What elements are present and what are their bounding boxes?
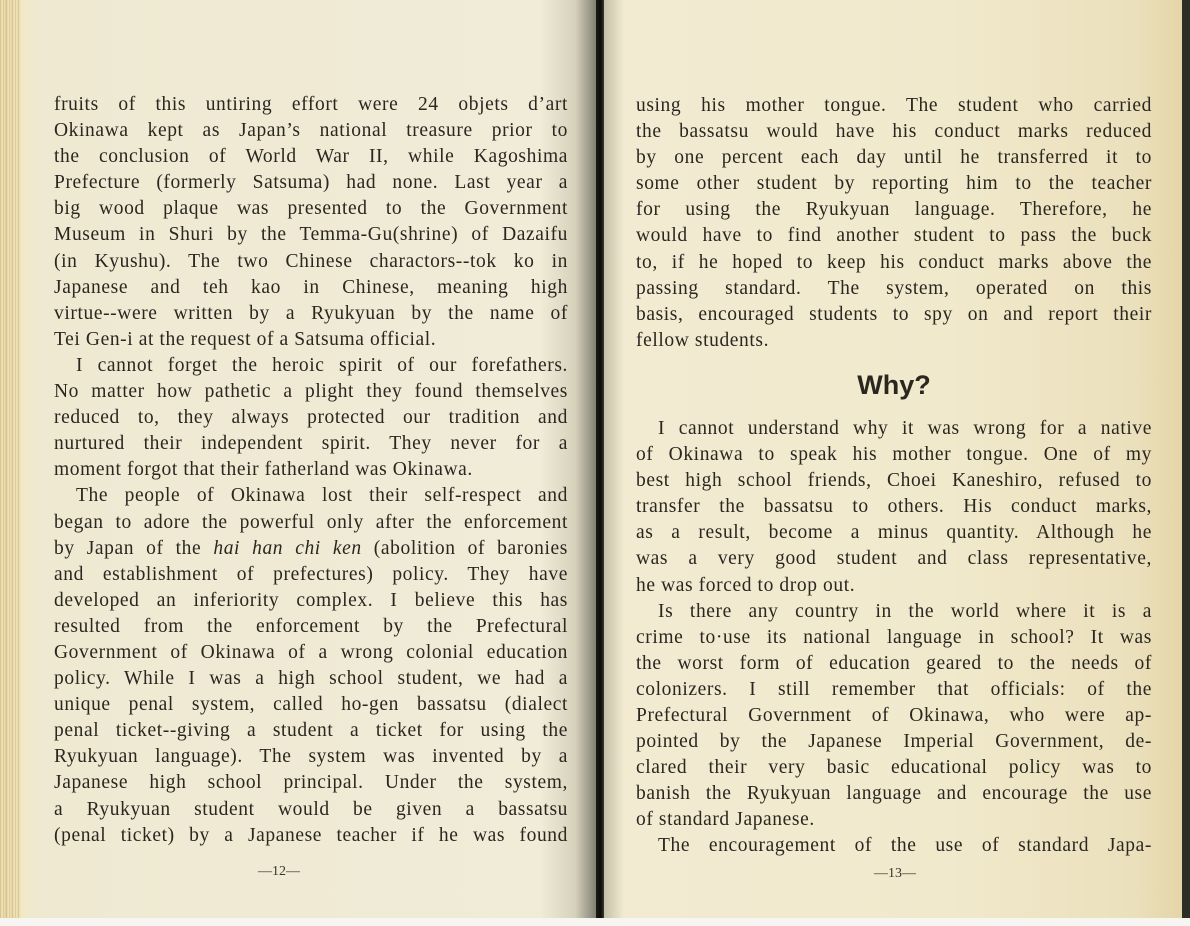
text-line: Museum in Shuri by the Temma-Gu(shrine) … (54, 222, 568, 248)
text-line: the worst form of education geared to th… (636, 651, 1152, 677)
text-line: transfer the bassatsu to others. His con… (636, 494, 1152, 520)
text-line: basis, encouraged students to spy on and… (636, 302, 1152, 328)
text-line: Okinawa kept as Japan’s national treasur… (54, 118, 568, 144)
text-line: banish the Ryukyuan language and encoura… (636, 781, 1152, 807)
text-line: Prefectural Government of Okinawa, who w… (636, 703, 1152, 729)
text-line: The encouragement of the use of standard… (636, 833, 1152, 859)
text-line: (penal ticket) by a Japanese teacher if … (54, 823, 568, 849)
book-spread: fruits of this untiring effort were 24 o… (0, 0, 1190, 918)
text-line: colonizers. I still remember that offici… (636, 677, 1152, 703)
text-line: reduced to, they always protected our tr… (54, 405, 568, 431)
page-edge-stack (0, 0, 20, 918)
text-run: (abolition of baronies (362, 538, 568, 559)
text-line: the bassatsu would have his conduct mark… (636, 119, 1152, 145)
text-line: the conclusion of World War II, while Ka… (54, 144, 568, 170)
text-line: Japanese high school principal. Under th… (54, 770, 568, 796)
text-line: passing standard. The system, operated o… (636, 276, 1152, 302)
text-line: big wood plaque was presented to the Gov… (54, 196, 568, 222)
text-line: a Ryukyuan student would be given a bass… (54, 797, 568, 823)
text-line: Prefecture (formerly Satsuma) had none. … (54, 170, 568, 196)
text-line: Is there any country in the world where … (636, 599, 1152, 625)
left-page-body-text: fruits of this untiring effort were 24 o… (54, 92, 568, 849)
text-line: crime to·use its national language in sc… (636, 625, 1152, 651)
text-line: nurtured their independent spirit. They … (54, 431, 568, 457)
paragraph-group-before-heading: using his mother tongue. The student who… (636, 93, 1152, 354)
text-line: of standard Japanese. (636, 807, 1152, 833)
text-line: using his mother tongue. The student who… (636, 93, 1152, 119)
text-line: was a very good student and class repres… (636, 546, 1152, 572)
text-line: (in Kyushu). The two Chinese charactors-… (54, 249, 568, 275)
text-line: he was forced to drop out. (636, 573, 1152, 599)
scan-bottom-margin (0, 918, 1190, 926)
text-line: fruits of this untiring effort were 24 o… (54, 92, 568, 118)
text-line: I cannot forget the heroic spirit of our… (54, 353, 568, 379)
book-gutter (596, 0, 604, 918)
text-line: policy. While I was a high school studen… (54, 666, 568, 692)
text-line: The people of Okinawa lost their self-re… (54, 483, 568, 509)
left-page-number: —12— (258, 864, 300, 880)
text-line: developed an inferiority complex. I beli… (54, 588, 568, 614)
right-page-body-text: using his mother tongue. The student who… (636, 93, 1152, 860)
text-line: No matter how pathetic a plight they fou… (54, 379, 568, 405)
text-line: of Okinawa to speak his mother tongue. O… (636, 442, 1152, 468)
text-line: by Japan of the hai han chi ken (aboliti… (54, 536, 568, 562)
text-line: fellow students. (636, 328, 1152, 354)
text-line: unique penal system, called ho-gen bassa… (54, 692, 568, 718)
text-line: Japanese and teh kao in Chinese, meaning… (54, 275, 568, 301)
text-line: Ryukyuan language). The system was inven… (54, 744, 568, 770)
text-line: resulted from the enforcement by the Pre… (54, 614, 568, 640)
text-line: to, if he hoped to keep his conduct mark… (636, 250, 1152, 276)
text-line: clared their very basic educational poli… (636, 755, 1152, 781)
text-line: and establishment of prefectures) policy… (54, 562, 568, 588)
text-line: penal ticket--giving a student a ticket … (54, 718, 568, 744)
italic-term: hai han chi ken (213, 538, 361, 559)
text-line: as a result, become a minus quantity. Al… (636, 520, 1152, 546)
paragraph-group-after-heading: I cannot understand why it was wrong for… (636, 416, 1152, 860)
text-line: began to adore the powerful only after t… (54, 510, 568, 536)
text-line: virtue--were written by a Ryukyuan by th… (54, 301, 568, 327)
text-line: would have to find another student to pa… (636, 223, 1152, 249)
text-line: Government of Okinawa of a wrong colonia… (54, 640, 568, 666)
text-line: I cannot understand why it was wrong for… (636, 416, 1152, 442)
text-line: pointed by the Japanese Imperial Governm… (636, 729, 1152, 755)
right-page: using his mother tongue. The student who… (604, 0, 1182, 918)
text-run: by Japan of the (54, 538, 213, 559)
text-line: Tei Gen-i at the request of a Satsuma of… (54, 327, 568, 353)
text-line: moment forgot that their fatherland was … (54, 457, 568, 483)
text-line: best high school friends, Choei Kaneshir… (636, 468, 1152, 494)
left-page: fruits of this untiring effort were 24 o… (0, 0, 596, 918)
text-line: some other student by reporting him to t… (636, 171, 1152, 197)
section-heading: Why? (636, 368, 1152, 402)
right-page-number: —13— (874, 866, 916, 882)
text-line: by one percent each day until he transfe… (636, 145, 1152, 171)
scan-background-edge (1182, 0, 1190, 918)
text-line: for using the Ryukyuan language. Therefo… (636, 197, 1152, 223)
